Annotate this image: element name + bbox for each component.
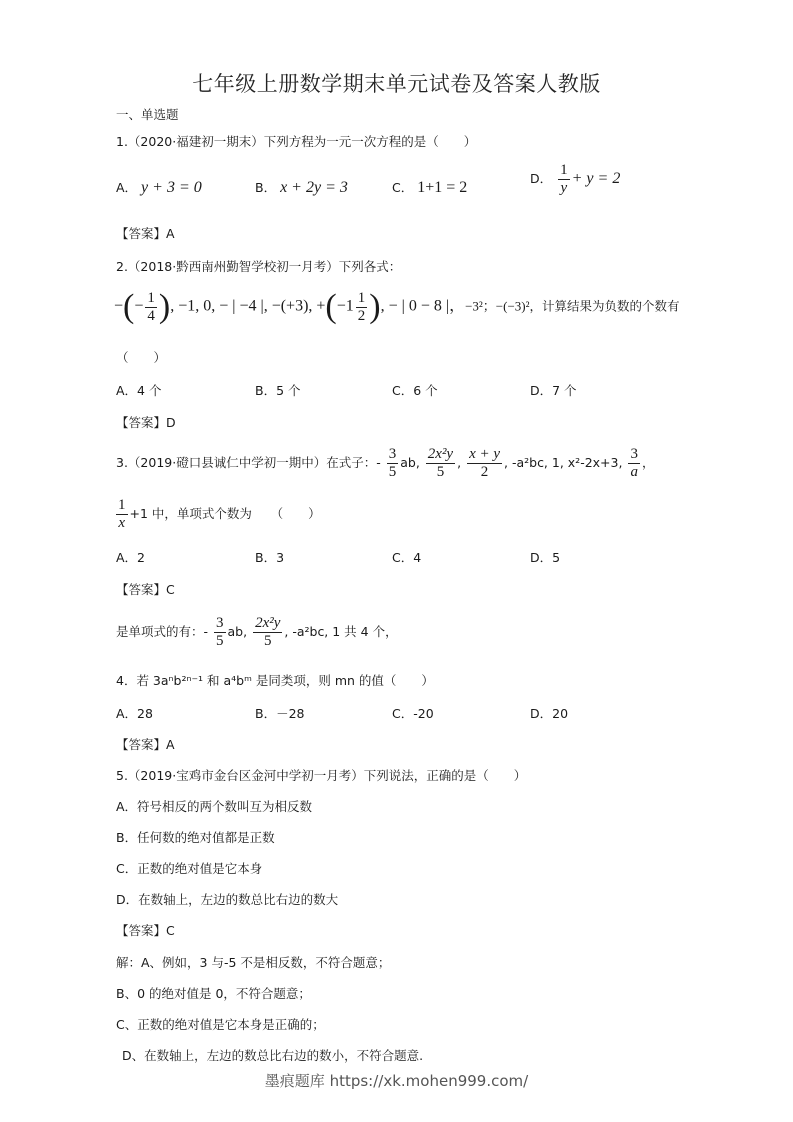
q3-option-c: C．4	[392, 548, 421, 566]
q5-solution-line-1: 解：A、例如，3 与-5 不是相反数，不符合题意；	[116, 953, 390, 971]
q1-option-b: B． x + 2y = 3	[255, 178, 348, 197]
q4-option-b: B．－28	[255, 704, 304, 722]
q1-option-d: D． 1y+ y = 2	[530, 162, 620, 197]
question-5-stem: 5.（2019·宝鸡市金台区金河中学初一月考）下列说法，正确的是（ ）	[116, 766, 526, 784]
section-heading: 一、单选题	[116, 105, 179, 123]
q2-paren: （ ）	[116, 348, 166, 366]
q3-option-a: A．2	[116, 548, 145, 566]
q5-solution-line-2: B、0 的绝对值是 0，不符合题意；	[116, 984, 311, 1002]
q4-option-d: D．20	[530, 704, 568, 722]
q3-stem-line2: 1x+1 中，单项式个数为 （ ）	[114, 497, 321, 532]
question-4-stem: 4．若 3aⁿb²ⁿ⁻¹ 和 a⁴bᵐ 是同类项，则 mn 的值（ ）	[116, 671, 434, 689]
q2-option-a: A．4 个	[116, 381, 161, 399]
q1-option-c: C． 1+1 = 2	[392, 178, 467, 197]
q4-answer: 【答案】A	[116, 735, 175, 753]
q1-answer: 【答案】A	[116, 224, 175, 242]
q3-answer: 【答案】C	[116, 580, 175, 598]
q2-answer: 【答案】D	[116, 413, 176, 431]
q5-solution-line-4: D、在数轴上，左边的数总比右边的数小，不符合题意.	[122, 1046, 423, 1064]
q2-option-c: C．6 个	[392, 381, 438, 399]
q5-choice-b: B．任何数的绝对值都是正数	[116, 828, 275, 846]
q5-choice-a: A．符号相反的两个数叫互为相反数	[116, 797, 312, 815]
q1-option-a: A． y + 3 = 0	[116, 178, 202, 197]
q5-choice-d: D．在数轴上，左边的数总比右边的数大	[116, 890, 338, 908]
q3-stem-line1: 3.（2019·磴口县诚仁中学初一期中）在式子：- 35ab, 2x²y5, x…	[116, 446, 654, 481]
document-title: 七年级上册数学期末单元试卷及答案人教版	[0, 68, 793, 98]
q3-explanation: 是单项式的有：- 35ab, 2x²y5, -a²bc, 1 共 4 个，	[116, 615, 398, 650]
question-1-stem: 1.（2020·福建初一期末）下列方程为一元一次方程的是（ ）	[116, 132, 476, 150]
q2-expression: −(−14), −1, 0, − | −4 |, −(+3), +(−112),…	[114, 288, 680, 326]
q4-option-c: C．-20	[392, 704, 434, 722]
q3-option-d: D．5	[530, 548, 560, 566]
question-2-stem: 2.（2018·黔西南州勤智学校初一月考）下列各式：	[116, 257, 401, 275]
q5-answer: 【答案】C	[116, 921, 175, 939]
q4-option-a: A．28	[116, 704, 153, 722]
q2-option-d: D．7 个	[530, 381, 577, 399]
q2-option-b: B．5 个	[255, 381, 301, 399]
q5-solution-line-3: C、正数的绝对值是它本身是正确的；	[116, 1015, 325, 1033]
q3-option-b: B．3	[255, 548, 284, 566]
q5-choice-c: C．正数的绝对值是它本身	[116, 859, 262, 877]
footer-watermark: 墨痕题库 https://xk.mohen999.com/	[0, 1070, 793, 1091]
